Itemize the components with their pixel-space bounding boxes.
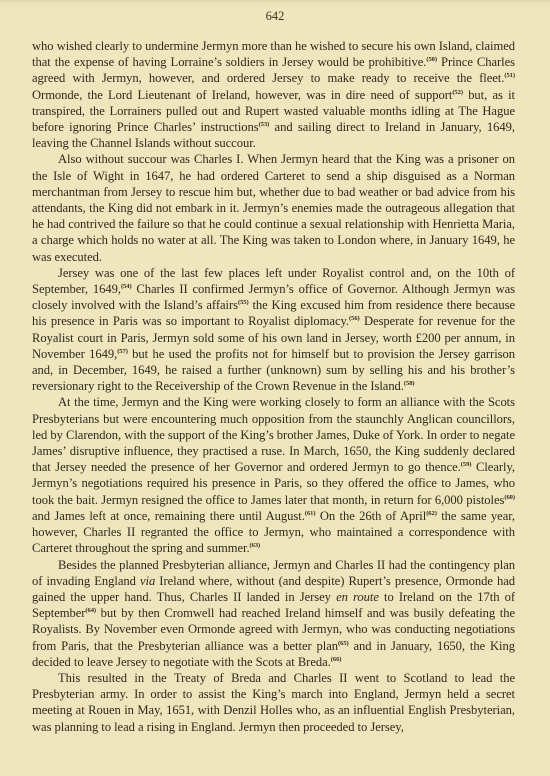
- footnote-ref: (65): [338, 640, 349, 647]
- footnote-ref: (54): [121, 283, 132, 290]
- footnote-ref: (61): [305, 510, 316, 517]
- footnote-ref: (56): [349, 315, 360, 322]
- text-run: At the time, Jermyn and the King were wo…: [32, 395, 515, 474]
- document-page: 642 who wished clearly to undermine Jerm…: [0, 0, 550, 776]
- footnote-ref: (59): [461, 461, 472, 468]
- paragraph: Besides the planned Presbyterian allianc…: [32, 557, 515, 670]
- footnote-ref: (55): [238, 299, 249, 306]
- text-run: On the 26th of April: [315, 509, 426, 523]
- paragraph: This resulted in the Treaty of Breda and…: [32, 670, 515, 735]
- paragraph: who wished clearly to undermine Jermyn m…: [32, 38, 515, 151]
- text-run: Also without succour was Charles I. When…: [32, 152, 515, 263]
- footnote-ref: (66): [331, 656, 342, 663]
- italic-text: en route: [336, 590, 379, 604]
- footnote-ref: (51): [504, 72, 515, 79]
- footnote-ref: (53): [259, 121, 270, 128]
- footnote-ref: (57): [117, 348, 128, 355]
- footnote-ref: (50): [426, 56, 437, 63]
- body-text: who wished clearly to undermine Jermyn m…: [32, 38, 515, 735]
- paragraph: Jersey was one of the last few places le…: [32, 265, 515, 395]
- footnote-ref: (52): [452, 89, 463, 96]
- footnote-ref: (64): [85, 607, 96, 614]
- paragraph: At the time, Jermyn and the King were wo…: [32, 394, 515, 556]
- text-run: and James left at once, remaining there …: [32, 509, 305, 523]
- text-run: Ormonde, the Lord Lieutenant of Ireland,…: [32, 88, 452, 102]
- text-run: This resulted in the Treaty of Breda and…: [32, 671, 515, 734]
- page-number: 642: [0, 9, 550, 24]
- footnote-ref: (62): [426, 510, 437, 517]
- paragraph: Also without succour was Charles I. When…: [32, 151, 515, 264]
- footnote-ref: (63): [250, 542, 261, 549]
- footnote-ref: (58): [404, 380, 415, 387]
- footnote-ref: (60): [504, 494, 515, 501]
- italic-text: via: [140, 574, 155, 588]
